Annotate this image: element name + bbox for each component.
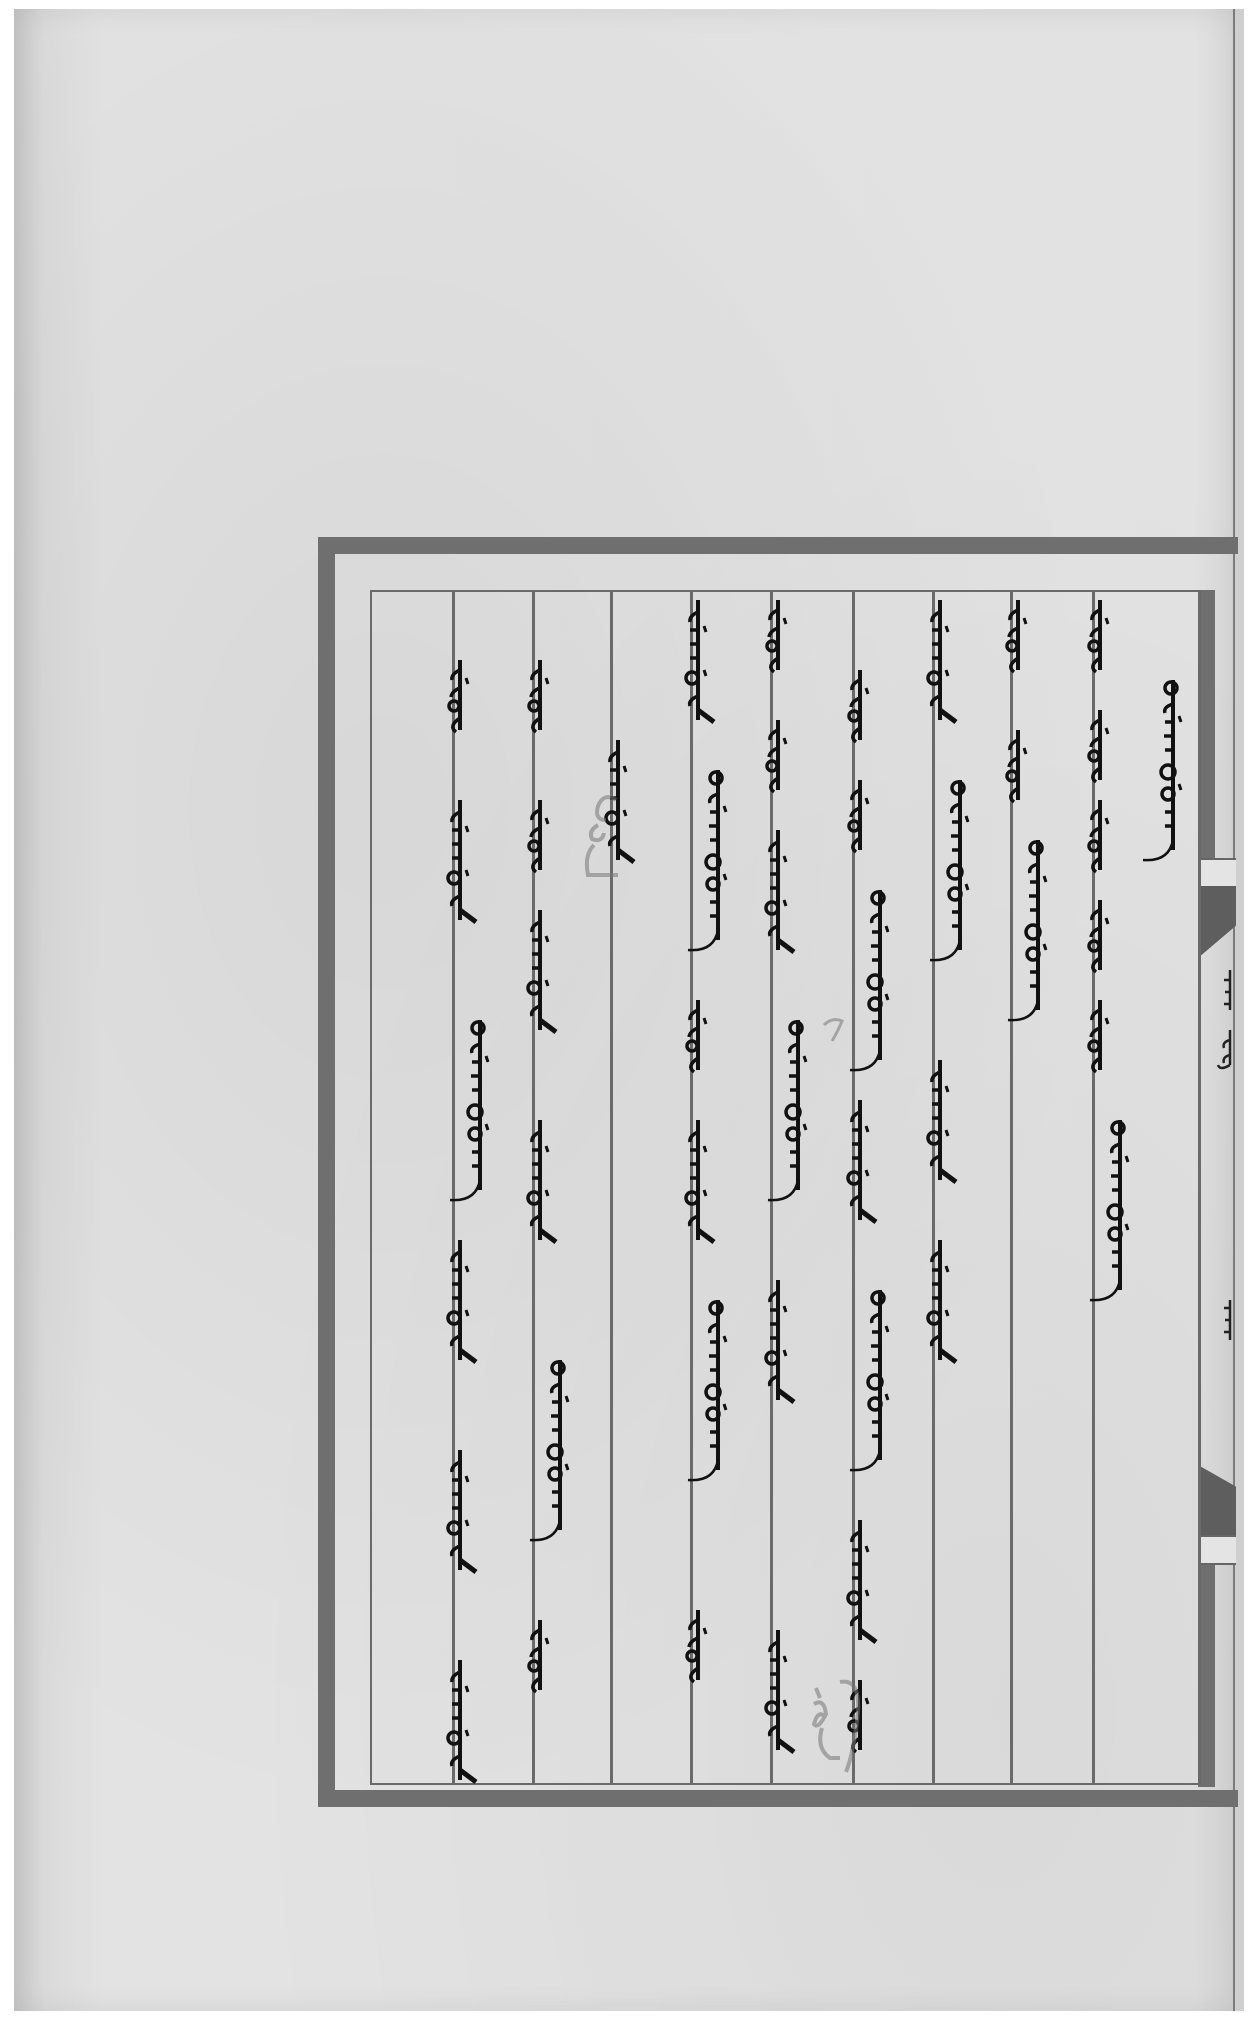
manchu-word	[1080, 1000, 1104, 1090]
manchu-word	[758, 1280, 782, 1410]
manchu-word	[920, 600, 944, 730]
text-column-10: Column 10 (Manchu text, 1 word)	[1115, 600, 1175, 1780]
manchu-word	[520, 1360, 544, 1550]
manchu-word	[440, 1660, 464, 1790]
manchu-word	[758, 720, 782, 810]
manchu-word	[678, 1120, 702, 1250]
manchu-word	[520, 910, 544, 1040]
manchu-word	[520, 800, 544, 890]
text-column-2: Column 2 (Manchu text, 6 words)	[502, 600, 562, 1780]
manchu-word	[758, 830, 782, 960]
rule-line	[1198, 590, 1201, 1785]
pencil-annotation: Pencil marginal annotation near column 6…	[806, 1678, 866, 1782]
manchu-word	[520, 660, 544, 750]
manchu-word	[440, 1240, 464, 1370]
text-column-5: Column 5 (Manchu text, 6 words)	[740, 600, 800, 1780]
manchu-word	[920, 780, 944, 970]
manchu-word	[920, 1060, 944, 1190]
manchu-word	[678, 1300, 702, 1490]
manchu-word	[840, 1100, 864, 1230]
manchu-word	[678, 1610, 702, 1700]
manchu-word	[1080, 600, 1104, 690]
manchu-word	[840, 1290, 864, 1480]
manchu-word	[758, 1020, 782, 1210]
manchu-word	[840, 670, 864, 760]
manchu-word	[440, 800, 464, 930]
manchu-word	[840, 780, 864, 870]
text-column-8: Column 8 (Manchu text, 3 words)	[980, 600, 1040, 1780]
pencil-annotation: Pencil marginal annotation near column 6	[820, 1015, 850, 1059]
manchu-word	[678, 600, 702, 730]
text-column-7: Column 7 (Manchu text, 4 words)	[902, 600, 962, 1780]
manchu-word	[1080, 1120, 1104, 1310]
text-column-3: Column 3 (Manchu text, 1 word)	[580, 600, 640, 1780]
text-column-1: Column 1 (Manchu text, 6 words)	[422, 600, 482, 1780]
manchu-word	[440, 1450, 464, 1580]
pencil-annotation: Pencil marginal annotation near column 3	[576, 795, 626, 889]
manchu-word	[920, 1240, 944, 1370]
manchu-word	[758, 1630, 782, 1760]
text-column-6: Column 6 (Manchu text, 7 words)	[822, 600, 882, 1780]
manchu-word	[1080, 900, 1104, 990]
manchu-word	[758, 600, 782, 690]
manchu-word	[1133, 680, 1157, 870]
manchu-word	[1080, 710, 1104, 800]
manchu-word	[520, 1620, 544, 1710]
manchu-word	[998, 730, 1022, 820]
manchu-word	[440, 660, 464, 750]
text-column-4: Column 4 (Manchu text, 6 words)	[660, 600, 720, 1780]
manchu-word	[1080, 800, 1104, 890]
manchu-word	[998, 600, 1022, 690]
manchu-word	[520, 1120, 544, 1250]
manchu-word	[840, 1520, 864, 1650]
manchu-word	[440, 1020, 464, 1210]
text-column-9: Column 9 (Manchu text, 6 words)	[1062, 600, 1122, 1780]
manchu-word	[678, 770, 702, 960]
manchu-word	[998, 840, 1022, 1030]
manchu-word	[678, 1000, 702, 1090]
